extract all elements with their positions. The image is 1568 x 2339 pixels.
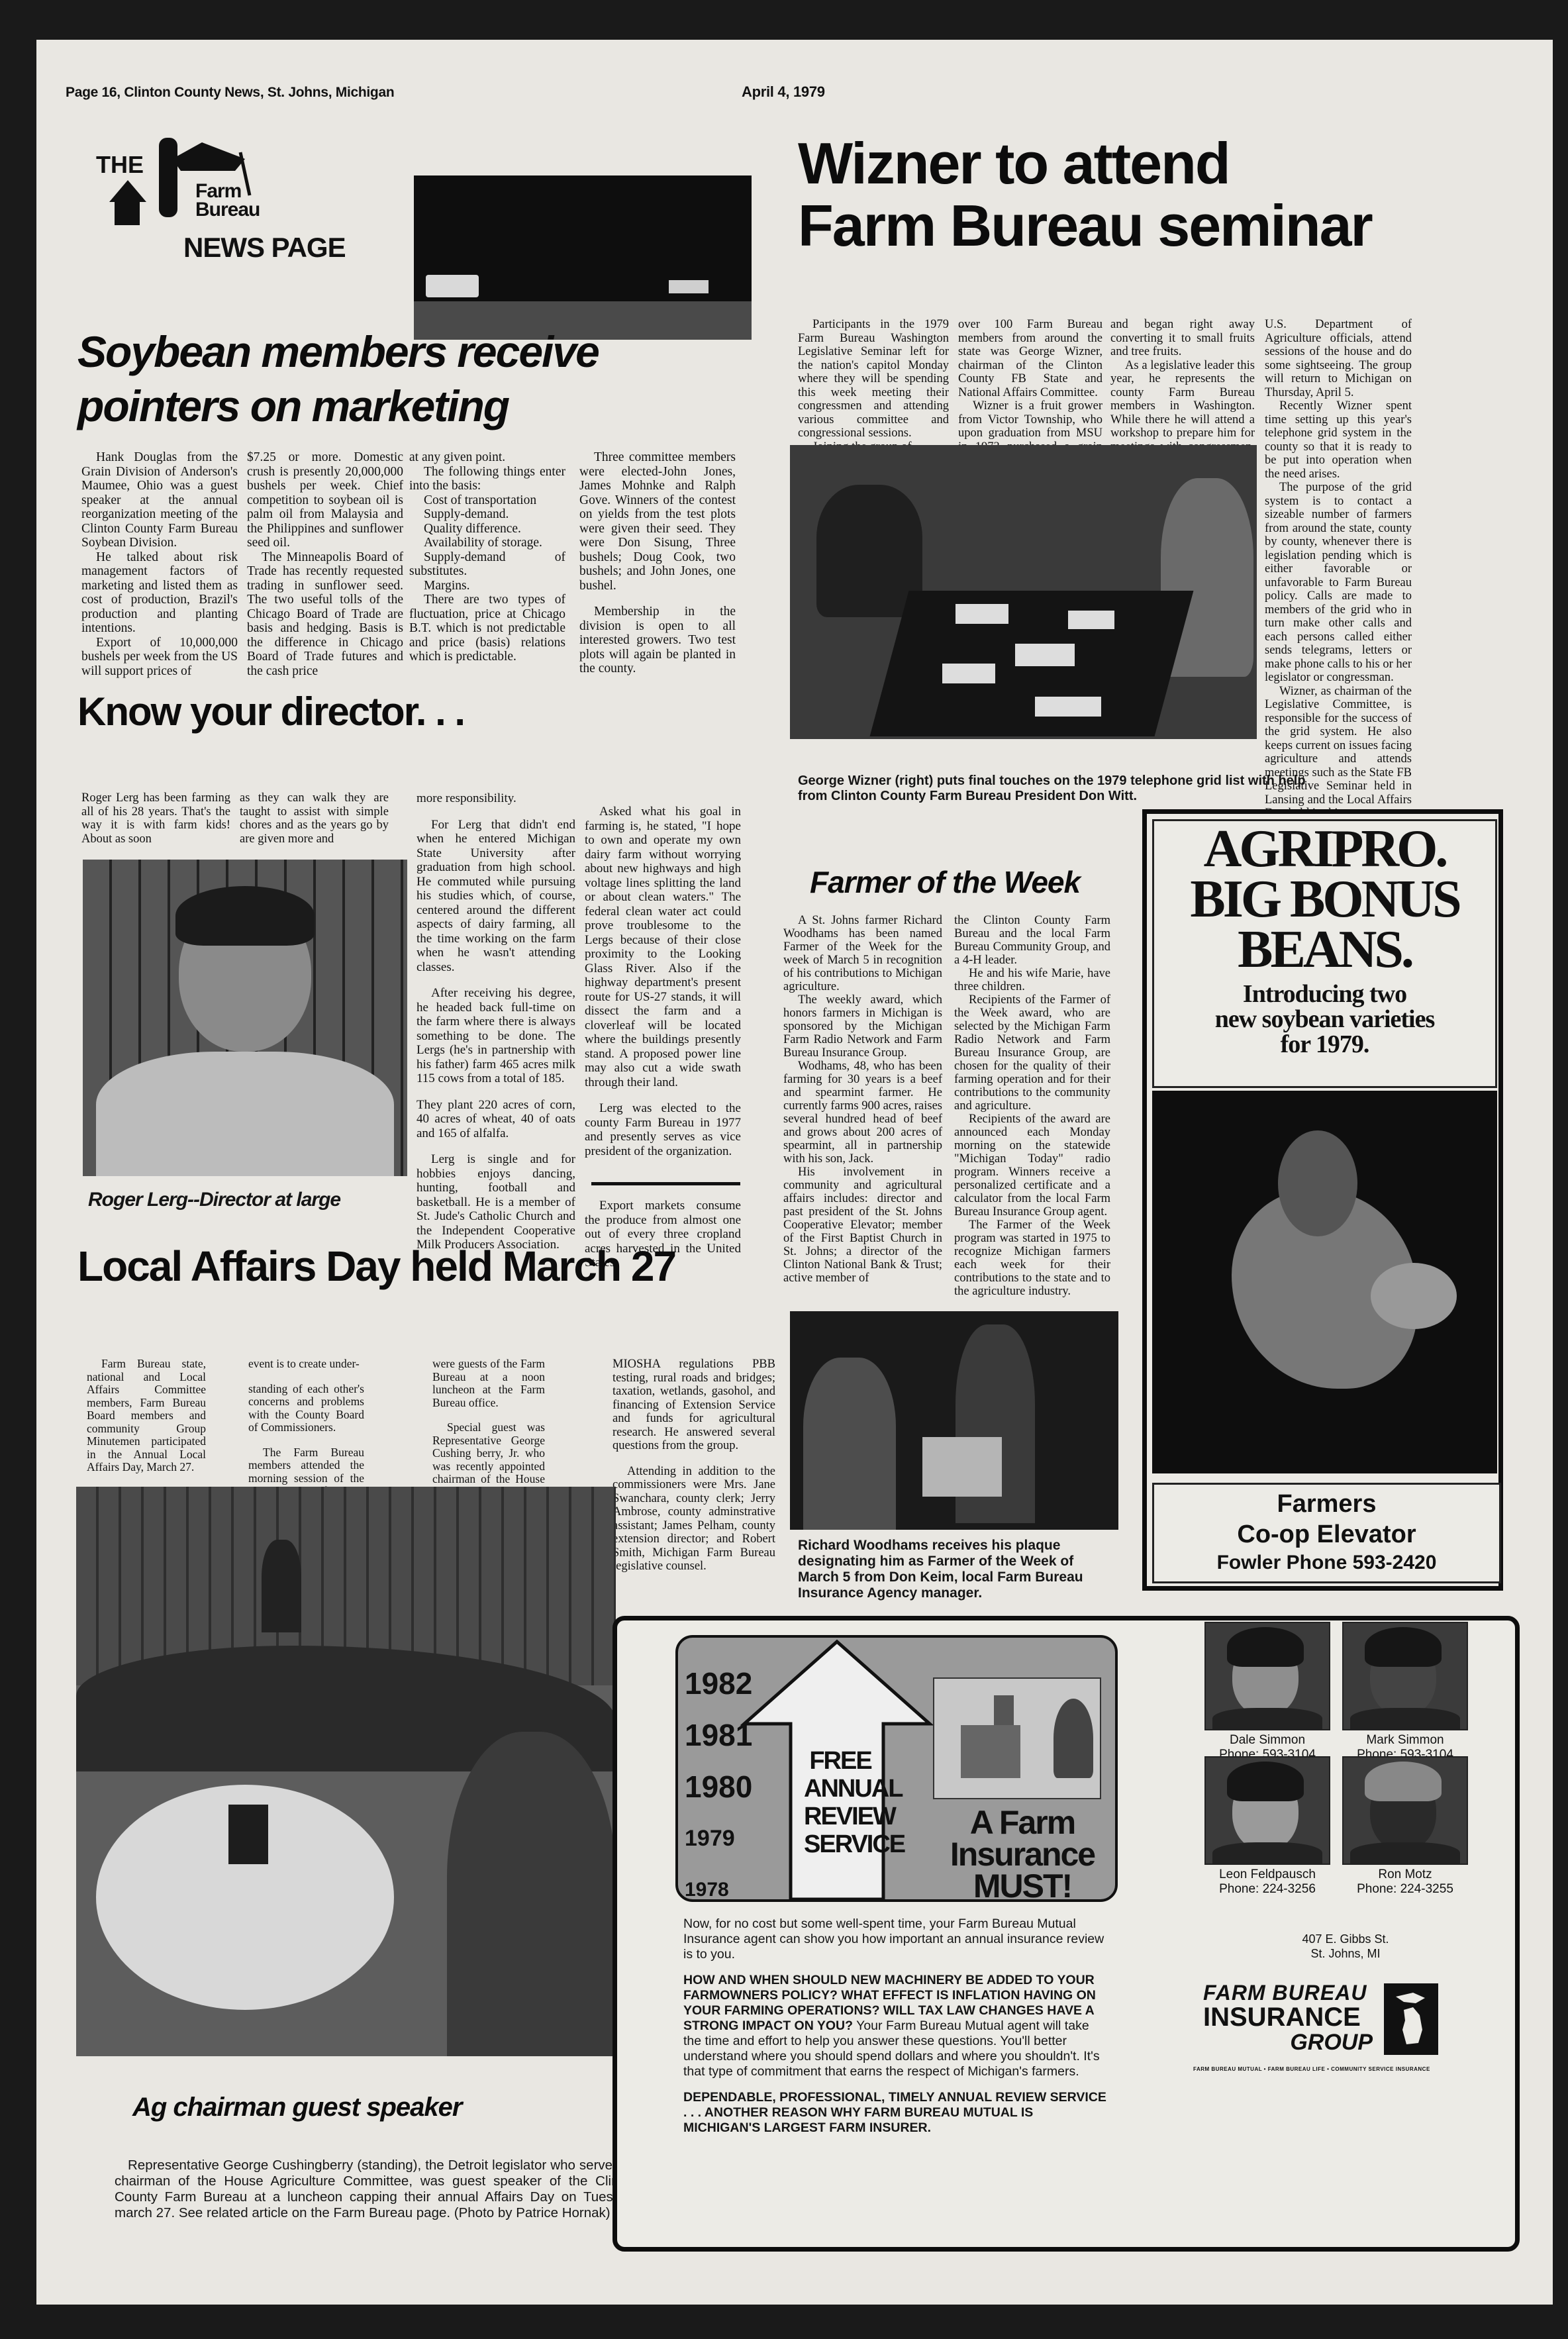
paragraph: Farm Bureau state, national and Local Af… [87,1358,206,1474]
coop-line2: Co-op Elevator [1154,1519,1499,1550]
soybean-plant-photo [1152,1091,1497,1473]
paragraph: Asked what his goal in farming is, he st… [585,805,741,1089]
paragraph: MIOSHA regulations PBB testing, rural ro… [612,1358,775,1453]
paragraph: U.S. Department of Agriculture officials… [1265,318,1412,399]
paragraph: For Lerg that didn't end when he entered… [416,818,575,975]
free-annual-review-text: FREE ANNUAL REVIEW SERVICE [804,1747,877,1858]
basis-item: Cost of transportation [409,493,565,508]
paragraph: Lerg was elected to the county Farm Bure… [585,1101,741,1158]
director-photo [83,860,407,1176]
newspaper-page: Page 16, Clinton County News, St. Johns,… [36,40,1553,2305]
wizner-col-1: Participants in the 1979 Farm Bureau Was… [798,318,949,454]
agent-name: Ron Motz [1336,1867,1475,1882]
paragraph: The purpose of the grid system is to con… [1265,481,1412,685]
arrow-text-line: FREE [804,1747,877,1775]
paragraph: Recipients of the Farmer of the Week awa… [954,993,1110,1113]
soybean-headline-line2: pointers on marketing [77,379,599,433]
agent-phone: Phone: 224-3255 [1336,1882,1475,1897]
wizner-col-4: U.S. Department of Agriculture officials… [1265,318,1412,821]
agent-card: Ron Motz Phone: 224-3255 [1336,1756,1475,1897]
agency-address: 407 E. Gibbs St. St. Johns, MI [1286,1932,1405,1961]
slogan-line: MUST! [940,1870,1105,1902]
agent-photo [1342,1622,1468,1730]
paragraph: Three committee members were elected-Joh… [579,450,736,593]
farmstead-illustration [933,1677,1101,1799]
brand-line2: INSURANCE [1203,2004,1375,2030]
local-affairs-col-4: MIOSHA regulations PBB testing, rural ro… [612,1358,775,1573]
paragraph: Recently Wizner spent time setting up th… [1265,399,1412,481]
wizner-headline: Wizner to attend Farm Bureau seminar [798,132,1372,257]
basis-item: Quality difference. [409,522,565,536]
director-col-1: Roger Lerg has been farming all of his 2… [81,791,230,846]
soybean-headline-line1: Soybean members receive [77,324,599,379]
insurance-intro: Now, for no cost but some well-spent tim… [683,1916,1107,1962]
agent-photo [1204,1622,1330,1730]
director-col-3: more responsibility. For Lerg that didn'… [416,791,575,1252]
brand-line3: GROUP [1203,2030,1375,2054]
paragraph: They plant 220 acres of corn, 40 acres o… [416,1098,575,1141]
farmer-week-col-2: the Clinton County Farm Bureau and the l… [954,914,1110,1298]
paragraph: were guests of the Farm Bureau at a noon… [432,1358,545,1409]
coop-line1: Farmers [1154,1489,1499,1519]
page-line: Page 16, Clinton County News, St. Johns,… [66,85,394,101]
paragraph: Membership in the division is open to al… [579,605,736,676]
wizner-photo-caption: George Wizner (right) puts final touches… [798,773,1321,804]
insurance-questions-block: HOW AND WHEN SHOULD NEW MACHINERY BE ADD… [683,1973,1107,2079]
agripro-line1: AGRIPRO. [1154,824,1495,874]
farmer-week-headline: Farmer of the Week [810,864,1080,900]
paragraph: Attending in addition to the commissione… [612,1465,775,1573]
wizner-photo [790,445,1257,739]
paragraph: the Clinton County Farm Bureau and the l… [954,914,1110,967]
agripro-ad-text: AGRIPRO. BIG BONUS BEANS. Introducing tw… [1152,819,1497,1088]
agent-phone: Phone: 224-3256 [1198,1882,1337,1897]
soybean-headline: Soybean members receive pointers on mark… [77,324,599,433]
paragraph: at any given point. [409,450,565,465]
paragraph: A St. Johns farmer Richard Woodhams has … [783,914,942,993]
insurance-ad-body: Now, for no cost but some well-spent tim… [683,1916,1107,2136]
agent-name: Dale Simmon [1198,1733,1337,1748]
farm-bureau-insurance-ad: 1982 1981 1980 1979 1978 FREE ANNUAL REV… [612,1616,1520,2252]
paragraph: standing of each other's concerns and pr… [248,1383,364,1434]
agripro-sub1: Introducing two [1154,981,1495,1007]
ag-chairman-caption: Representative George Cushingberry (stan… [115,2158,638,2221]
agripro-line2: BIG BONUS [1154,874,1495,924]
paragraph: There are two types of fluctuation, pric… [409,593,565,664]
paragraph: and began right away converting it to sm… [1110,318,1255,359]
paragraph: The following things enter into the basi… [409,465,565,493]
wizner-headline-line1: Wizner to attend [798,132,1372,195]
director-col-2: as they can walk they are taught to assi… [240,791,389,846]
agripro-line3: BEANS. [1154,924,1495,975]
paragraph: The weekly award, which honors farmers i… [783,993,942,1060]
paragraph: Participants in the 1979 Farm Bureau Was… [798,318,949,440]
farmer-week-photo [790,1311,1118,1530]
address-line: St. Johns, MI [1286,1946,1405,1961]
soybean-col-1: Hank Douglas from the Grain Division of … [81,450,238,678]
director-col-4: Asked what his goal in farming is, he st… [585,805,741,1158]
brand-footer: FARM BUREAU MUTUAL • FARM BUREAU LIFE • … [1193,2066,1458,2072]
paragraph: Wodhams, 48, who has been farming for 30… [783,1060,942,1166]
header-photo [414,175,752,340]
paragraph: Export of 10,000,000 bushels per week fr… [81,636,238,679]
agent-card: Leon Feldpausch Phone: 224-3256 [1198,1756,1337,1897]
farmer-week-col-1: A St. Johns farmer Richard Woodhams has … [783,914,942,1285]
address-line: 407 E. Gibbs St. [1286,1932,1405,1946]
paragraph: He talked about risk management factors … [81,550,238,636]
agent-name: Mark Simmon [1336,1733,1475,1748]
luncheon-photo [76,1487,616,2056]
logo-bureau: Bureau [195,200,260,220]
paragraph: event is to create under- [248,1358,364,1371]
agent-card: Dale Simmon Phone: 593-3104 [1198,1622,1337,1762]
wizner-headline-line2: Farm Bureau seminar [798,195,1372,257]
agripro-ad: AGRIPRO. BIG BONUS BEANS. Introducing tw… [1142,809,1503,1591]
paragraph: He and his wife Marie, have three childr… [954,967,1110,993]
basis-item: Supply-demand of substitutes. [409,550,565,579]
agent-name: Leon Feldpausch [1198,1867,1337,1882]
basis-item: Supply-demand. [409,507,565,522]
basis-item: Availability of storage. [409,536,565,550]
arrow-text-line: ANNUAL [804,1775,877,1803]
michigan-map-icon [1384,1983,1438,2055]
basis-item: Margins. [409,579,565,593]
soybean-col-4: Three committee members were elected-Joh… [579,450,736,676]
paragraph: The Minneapolis Board of Trade has recen… [247,550,403,679]
agripro-sub3: for 1979. [1154,1032,1495,1057]
annual-review-graphic: 1982 1981 1980 1979 1978 FREE ANNUAL REV… [675,1635,1118,1902]
local-affairs-headline: Local Affairs Day held March 27 [77,1242,675,1291]
farm-bureau-insurance-logo: FARM BUREAU INSURANCE GROUP [1203,1981,1375,2054]
agent-card: Mark Simmon Phone: 593-3104 [1336,1622,1475,1762]
logo-news-page: NEWS PAGE [183,232,346,264]
coop-elevator-ad: Farmers Co-op Elevator Fowler Phone 593-… [1152,1483,1501,1583]
agent-photo [1204,1756,1330,1865]
arrow-text-line: SERVICE [804,1830,877,1858]
issue-date: April 4, 1979 [742,83,825,101]
paragraph: After receiving his degree, he headed ba… [416,986,575,1086]
farmer-week-photo-caption: Richard Woodhams receives his plaque des… [798,1538,1112,1601]
paragraph: His involvement in community and agricul… [783,1166,942,1285]
paragraph: over 100 Farm Bureau members from around… [958,318,1102,399]
director-photo-caption: Roger Lerg--Director at large [88,1189,340,1211]
paragraph: Hank Douglas from the Grain Division of … [81,450,238,550]
ag-chairman-headline: Ag chairman guest speaker [132,2093,462,2122]
brand-line1: FARM BUREAU [1203,1981,1375,2004]
slogan-line: Insurance [940,1838,1105,1870]
paragraph: $7.25 or more. Domestic crush is present… [247,450,403,550]
soybean-col-3: at any given point. The following things… [409,450,565,664]
agripro-sub2: new soybean varieties [1154,1007,1495,1032]
paragraph: more responsibility. [416,791,575,806]
farm-bureau-logo: THE Farm Bureau [96,132,248,245]
agent-photo [1342,1756,1468,1865]
insurance-closing: DEPENDABLE, PROFESSIONAL, TIMELY ANNUAL … [683,2090,1107,2136]
arrow-text-line: REVIEW [804,1803,877,1830]
farm-insurance-must-slogan: A Farm Insurance MUST! [940,1807,1105,1902]
director-headline: Know your director. . . [77,689,464,735]
paragraph: Recipients of the award are announced ea… [954,1113,1110,1219]
coop-line3: Fowler Phone 593-2420 [1154,1550,1499,1576]
paragraph: The Farmer of the Week program was start… [954,1219,1110,1298]
paragraph: Lerg is single and for hobbies enjoys da… [416,1152,575,1252]
slogan-line: A Farm [940,1807,1105,1838]
divider-rule [591,1182,740,1185]
soybean-col-2: $7.25 or more. Domestic crush is present… [247,450,403,678]
